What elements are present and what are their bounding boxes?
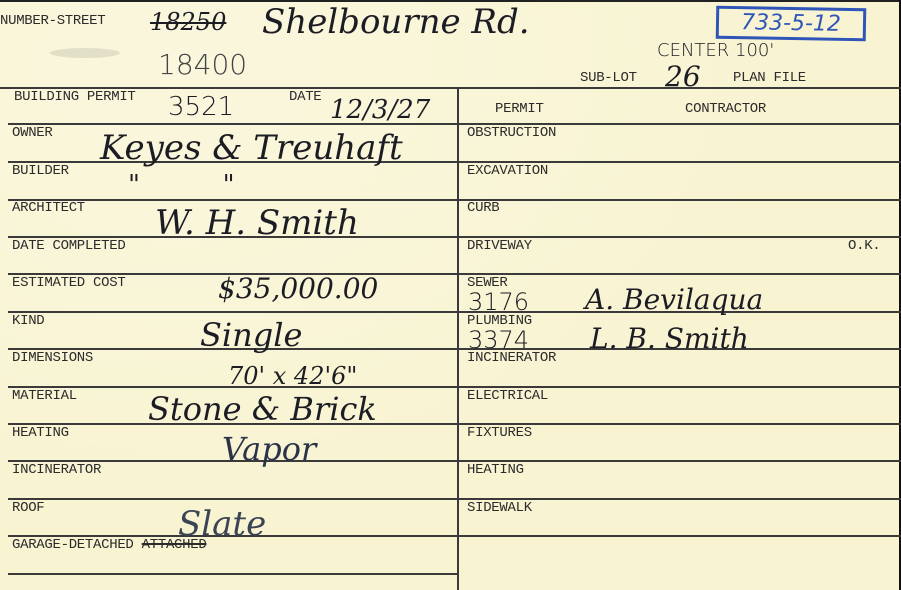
excavation-label: EXCAVATION [467, 163, 548, 179]
building-permit-value: 3521 [168, 92, 234, 122]
heating-permit-label: HEATING [467, 462, 524, 478]
sub-lot-label: SUB-LOT [580, 70, 637, 86]
obstruction-label: OBSTRUCTION [467, 125, 556, 141]
smudge [50, 48, 120, 58]
architect-value: W. H. Smith [155, 203, 359, 243]
electrical-label: ELECTRICAL [467, 388, 548, 404]
incinerator-permit-label: INCINERATOR [467, 350, 556, 366]
rule [458, 273, 901, 275]
permit-column-header: PERMIT [495, 101, 544, 117]
owner-value: Keyes & Treuhaft [100, 128, 403, 168]
rule [8, 498, 457, 500]
material-value: Stone & Brick [148, 390, 377, 428]
builder-value: " " [128, 170, 235, 200]
plan-file-label: PLAN FILE [733, 70, 806, 86]
estimated-cost-label: ESTIMATED COST [12, 275, 125, 291]
driveway-label: DRIVEWAY [467, 238, 532, 254]
material-label: MATERIAL [12, 388, 77, 404]
architect-label: ARCHITECT [12, 200, 85, 216]
date-value: 12/3/27 [330, 95, 430, 125]
kind-value: Single [200, 316, 302, 354]
building-permit-label: BUILDING PERMIT [14, 89, 136, 105]
plumbing-contractor: L. B. Smith [590, 322, 749, 355]
dimensions-value: 70' x 42'6" [228, 362, 357, 390]
incinerator-label: INCINERATOR [12, 462, 101, 478]
rule [8, 311, 457, 313]
column-divider [457, 88, 459, 590]
permit-record-card: NUMBER-STREET 18250 Shelbourne Rd. 18400… [0, 0, 901, 590]
sewer-permit: 3176 [468, 288, 529, 316]
estimated-cost-value: $35,000.00 [218, 272, 378, 305]
rule [8, 573, 457, 575]
kind-label: KIND [12, 313, 44, 329]
sidewalk-label: SIDEWALK [467, 500, 532, 516]
driveway-note: O.K. [848, 238, 880, 254]
address-number: 18400 [158, 48, 247, 81]
rule [458, 535, 901, 537]
rule [458, 460, 901, 462]
fixtures-label: FIXTURES [467, 425, 532, 441]
contractor-column-header: CONTRACTOR [685, 101, 766, 117]
owner-label: OWNER [12, 125, 53, 141]
heating-label: HEATING [12, 425, 69, 441]
builder-label: BUILDER [12, 163, 69, 179]
address-struck: 18250 [150, 8, 226, 36]
date-label: DATE [289, 89, 321, 105]
street-name: Shelbourne Rd. [262, 2, 530, 42]
dimensions-label: DIMENSIONS [12, 350, 93, 366]
roof-label: ROOF [12, 500, 44, 516]
heating-value: Vapor [222, 430, 316, 468]
center-note: CENTER 100' [657, 40, 774, 61]
garage-detached-text: GARAGE-DETACHED [12, 537, 134, 553]
date-completed-label: DATE COMPLETED [12, 238, 125, 254]
number-street-label: NUMBER-STREET [0, 13, 105, 29]
sewer-contractor: A. Bevilaqua [585, 283, 763, 316]
roof-value: Slate [178, 504, 266, 544]
curb-label: CURB [467, 200, 499, 216]
rule [458, 199, 901, 201]
lot-stamp: 733-5-12 [716, 6, 867, 42]
